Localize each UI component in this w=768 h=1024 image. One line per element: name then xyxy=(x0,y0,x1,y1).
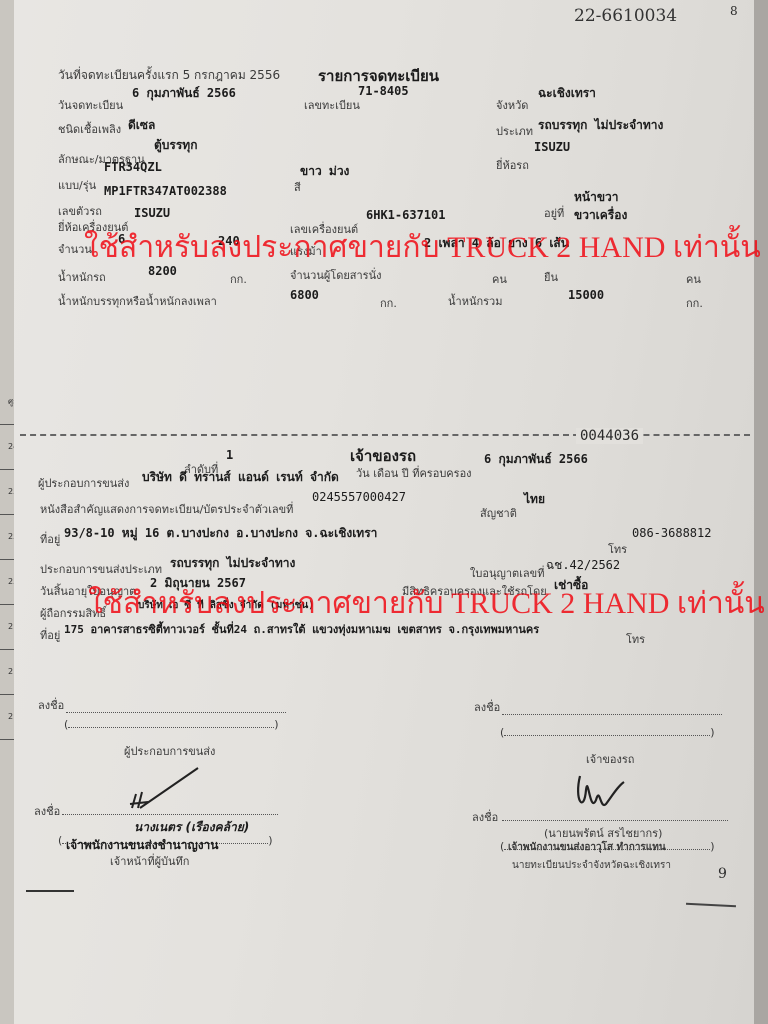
label-engine-position: อยู่ที่ xyxy=(544,204,564,222)
operator-address: 93/8-10 หมู่ 16 ต.บางปะกง อ.บางปะกง จ.ฉะ… xyxy=(64,524,377,543)
paren-line-operator: () xyxy=(64,718,279,731)
label-id-number: หนังสือสำคัญแสดงการจดทะเบียน/บัตรประจำตั… xyxy=(40,500,293,518)
unit-person-2: คน xyxy=(686,270,701,288)
signature-line-owner xyxy=(502,714,722,715)
signature-line-officer2 xyxy=(502,820,728,821)
engine-number: 6HK1-637101 xyxy=(366,208,445,222)
label-sign-officer2: ลงชื่อ xyxy=(472,808,498,826)
license-number: ฉช.42/2562 xyxy=(546,556,620,575)
label-province: จังหวัด xyxy=(496,96,528,114)
signature-officer2 xyxy=(570,770,630,820)
label-nationality: สัญชาติ xyxy=(480,504,517,522)
total-weight: 15000 xyxy=(568,288,604,302)
unit-kg-2: กก. xyxy=(380,294,397,312)
role-operator: ผู้ประกอบการขนส่ง xyxy=(124,742,215,760)
officer2-position: เจ้าพนักงานขนส่งอาวุโส ทำการแทน xyxy=(508,840,666,855)
page-number-top: 8 xyxy=(730,4,738,18)
body-type: ตู้บรรทุก xyxy=(154,136,197,155)
unit-kg: กก. xyxy=(230,270,247,288)
operator-phone: 086-3688812 xyxy=(632,526,711,540)
label-holder-address: ที่อยู่ xyxy=(40,626,60,644)
id-number: 0245557000427 xyxy=(312,490,406,504)
label-load: น้ำหนักบรรทุกหรือน้ำหนักลงเพลา xyxy=(58,292,217,310)
chassis-number: MP1FTR347AT002388 xyxy=(104,184,227,198)
color: ขาว ม่วง xyxy=(300,162,349,181)
label-type: ประเภท xyxy=(496,122,533,140)
unit-person: คน xyxy=(492,270,507,288)
engine-position: ขวาเครื่อง xyxy=(574,206,627,225)
margin-mark-left xyxy=(26,890,74,892)
label-possession-date: วัน เดือน ปี ที่ครอบครอง xyxy=(356,464,472,482)
role-owner: เจ้าของรถ xyxy=(586,750,634,768)
model: FTR34QZL xyxy=(104,160,162,174)
load-weight: 6800 xyxy=(290,288,319,302)
watermark-2: ใช้สำหรับลงประกาศขายกับ TRUCK 2 HAND เท่… xyxy=(88,580,765,627)
officer1-role: เจ้าหน้าที่ผู้บันทึก xyxy=(110,852,189,870)
margin-mark-right xyxy=(686,903,736,908)
label-model: แบบ/รุ่น xyxy=(58,176,96,194)
order-number: 1 xyxy=(226,448,233,462)
vehicle-type: รถบรรทุก ไม่ประจำทาง xyxy=(538,116,663,135)
serial-number: 0044036 xyxy=(576,428,643,444)
first-registration: วันที่จดทะเบียนครั้งแรก 5 กรกฎาคม 2556 xyxy=(58,66,280,85)
document-number: 22-6610034 xyxy=(574,6,677,26)
province: ฉะเชิงเทรา xyxy=(538,84,596,103)
label-address: ที่อยู่ xyxy=(40,530,60,548)
reg-date: 6 กุมภาพันธ์ 2566 xyxy=(132,84,236,103)
label-brand: ยี่ห้อรถ xyxy=(496,156,529,174)
operation-type: รถบรรทุก ไม่ประจำทาง xyxy=(170,554,295,573)
engine-brand: ISUZU xyxy=(134,206,170,220)
brand: ISUZU xyxy=(534,140,570,154)
watermark-1: ใช้สำหรับลงประกาศขายกับ TRUCK 2 HAND เท่… xyxy=(84,224,761,271)
label-reg-date: วันจดทะเบียน xyxy=(58,96,123,114)
label-plate: เลขทะเบียน xyxy=(304,96,360,114)
unit-kg-3: กก. xyxy=(686,294,703,312)
signature-officer1 xyxy=(118,764,208,814)
chassis-position: หน้าขวา xyxy=(574,188,619,207)
plate-number: 71-8405 xyxy=(358,84,409,98)
operator-name: บริษัท ดี ทรานส์ แอนด์ เรนท์ จำกัด xyxy=(142,468,339,487)
paren-line-owner: () xyxy=(500,726,715,739)
officer2-role: นายทะเบียนประจำจังหวัดฉะเชิงเทรา xyxy=(512,858,671,873)
label-sign-officer1: ลงชื่อ xyxy=(34,802,60,820)
label-sign-owner: ลงชื่อ xyxy=(474,698,500,716)
registration-document: 22-6610034 8 วันที่จดทะเบียนครั้งแรก 5 ก… xyxy=(14,0,754,1024)
label-holder-phone: โทร xyxy=(626,630,645,648)
signature-line-operator xyxy=(66,712,286,713)
label-sign-operator: ลงชื่อ xyxy=(38,696,64,714)
label-total-weight: น้ำหนักรวม xyxy=(448,292,502,310)
label-color: สี xyxy=(294,178,301,196)
fuel: ดีเซล xyxy=(128,116,155,135)
label-fuel: ชนิดเชื้อเพลิง xyxy=(58,120,121,138)
signature-line-officer1 xyxy=(62,814,278,815)
page-number-bottom: 9 xyxy=(718,866,727,882)
nationality: ไทย xyxy=(524,490,545,509)
label-operator: ผู้ประกอบการขนส่ง xyxy=(38,474,129,492)
possession-date: 6 กุมภาพันธ์ 2566 xyxy=(484,450,588,469)
label-operation-type: ประกอบการขนส่งประเภท xyxy=(40,560,162,578)
